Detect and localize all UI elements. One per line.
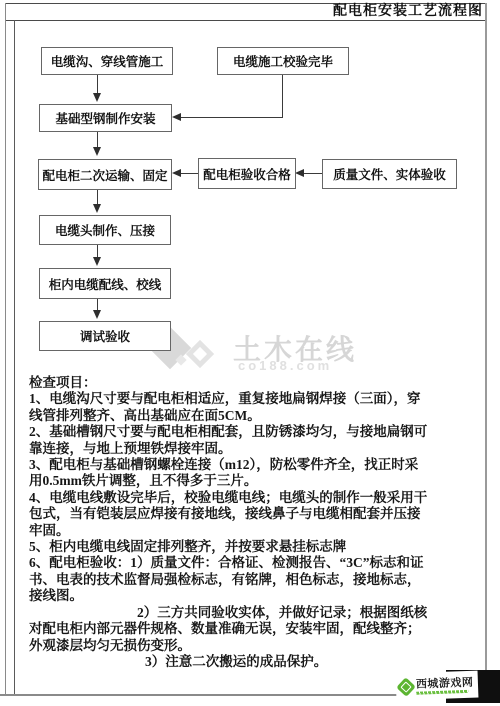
checklist-line: 6、配电柜验收：1）质量文件：合格证、检测报告、“3C”标志和证	[29, 555, 479, 571]
flow-connector-line	[282, 73, 283, 118]
flow-box-quality-docs-acceptance: 质量文件、实体验收	[322, 159, 457, 189]
flow-box-cabinet-acceptance-passed: 配电柜验收合格	[198, 158, 296, 189]
arrow-down-icon	[93, 310, 101, 319]
checklist-line: 包式，当有铠装层应焊接有接地线，接线鼻子与电缆相配套并压接	[29, 506, 479, 522]
flow-box-cabinet-wiring-check: 柜内电缆配线、校线	[39, 268, 171, 299]
flow-box-cable-head-crimping: 电缆头制作、压接	[39, 215, 171, 245]
arrow-left-icon	[295, 169, 304, 177]
corner-logo-name: 西城游戏网	[416, 676, 474, 690]
checklist-line: 线管排列整齐、高出基础应在面5CM。	[29, 408, 479, 424]
corner-logo-subtext-bar	[416, 689, 468, 694]
flow-box-cabinet-secondary-transport: 配电柜二次运输、固定	[38, 159, 172, 190]
flow-connector-line	[97, 131, 98, 148]
checklist-line: 3、配电柜与基础槽钢螺栓连接（m12），防松零件齐全，找正时采	[29, 457, 479, 473]
checklist-text-block: 检查项目： 1、电缆沟尺寸要与配电柜相适应，重复接地扁钢焊接（三面），穿 线管排…	[29, 375, 479, 670]
frame-titleband-line	[5, 20, 487, 21]
frame-left-inner-line	[14, 20, 15, 695]
arrow-left-icon	[172, 169, 181, 177]
checklist-line: 4、电缆电线敷设完毕后，校验电缆电线；电缆头的制作一般采用干	[29, 490, 479, 506]
document-page: 配电柜安装工艺流程图 土木在线 co188.com 电缆沟、穿线管施工 电缆施工…	[0, 0, 500, 706]
checklist-line: 2、基础槽钢尺寸要与配电柜相配套，且防锈漆均匀，与接地扁钢可	[29, 424, 479, 440]
checklist-line: 2）三方共同验收实体，并做好记录；根据图纸核	[29, 605, 479, 621]
flow-box-cable-construction-checked: 电缆施工校验完毕	[217, 47, 349, 75]
checklist-line: 用0.5mm铁片调整，且不得多于三片。	[29, 473, 479, 489]
flow-connector-line	[304, 173, 322, 174]
checklist-line: 对配电柜内部元器件规格、数量准确无误，安装牢固，配线整齐；	[29, 621, 479, 637]
checklist-line: 3）注意二次搬运的成品保护。	[29, 654, 479, 670]
corner-logo: 西城游戏网	[396, 671, 479, 701]
checklist-line: 牢固。	[29, 523, 479, 539]
arrow-down-icon	[93, 257, 101, 266]
flow-box-base-steel-fabrication: 基础型钢制作安装	[39, 104, 172, 132]
flow-connector-line	[97, 73, 98, 94]
flow-connector-line	[97, 244, 98, 258]
flow-connector-line	[181, 117, 283, 118]
arrow-down-icon	[93, 93, 101, 102]
leaf-diamond-icon	[396, 677, 416, 697]
flow-box-cable-trench-conduit: 电缆沟、穿线管施工	[41, 47, 173, 75]
arrow-down-icon	[93, 204, 101, 213]
flow-connector-line	[97, 189, 98, 205]
checklist-line: 5、柜内电缆电线固定排列整齐，并按要求悬挂标志牌	[29, 539, 479, 555]
checklist-line: 书、电表的技术监督局强检标志，有铭牌，相色标志，接地标志，	[29, 572, 479, 588]
checklist-heading: 检查项目：	[29, 375, 479, 391]
arrow-down-icon	[93, 147, 101, 156]
arrow-left-icon	[172, 113, 181, 121]
page-title: 配电柜安装工艺流程图	[333, 4, 483, 19]
checklist-line: 外观漆层均匀无损伤变形。	[29, 638, 479, 654]
frame-left-outer-line	[5, 3, 6, 695]
checklist-line: 1、电缆沟尺寸要与配电柜相适应，重复接地扁钢焊接（三面），穿	[29, 391, 479, 407]
frame-right-line	[485, 3, 487, 695]
flow-connector-line	[181, 173, 198, 174]
watermark-domain: co188.com	[238, 358, 332, 373]
flow-box-debug-acceptance: 调试验收	[39, 321, 171, 351]
checklist-line: 接线图。	[29, 588, 479, 604]
checklist-line: 靠连接，与地上预埋铁焊接牢固。	[29, 441, 479, 457]
